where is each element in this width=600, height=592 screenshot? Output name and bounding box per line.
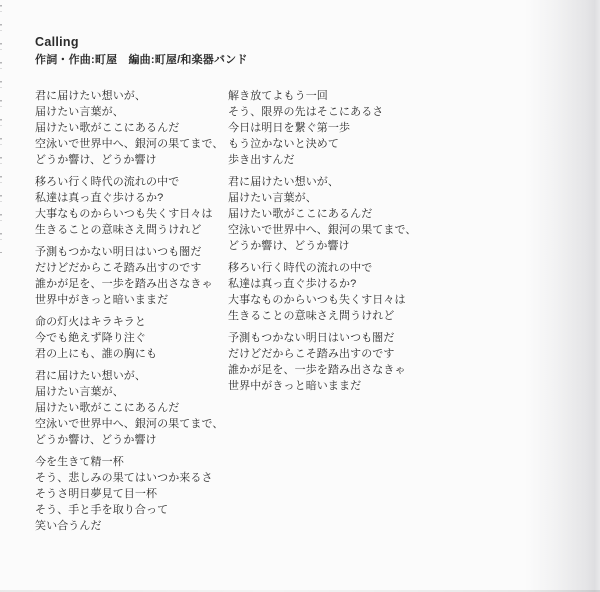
lyric-line: 誰かが足を、一歩を踏み出さなきゃ [228, 362, 423, 378]
lyric-line: 笑い合うんだ [35, 518, 230, 534]
lyric-line: 君の上にも、誰の胸にも [35, 346, 230, 362]
lyric-line: 届けたい言葉が、 [228, 190, 423, 206]
lyric-line: 誰かが足を、一歩を踏み出さなきゃ [35, 276, 230, 292]
lyric-line: どうか響け、どうか響け [228, 238, 423, 254]
lyric-line: 届けたい歌がここにあるんだ [35, 120, 230, 136]
lyric-line: そうさ明日夢見て目一杯 [35, 486, 230, 502]
lyric-line: 移ろい行く時代の流れの中で [228, 260, 423, 276]
lyric-line: そう、悲しみの果てはいつか来るさ [35, 470, 230, 486]
credits-line: 作詞・作曲:町屋 編曲:町屋/和楽器バンド [35, 51, 248, 67]
lyric-line: どうか響け、どうか響け [35, 152, 230, 168]
lyric-line: もう泣かないと決めて [228, 136, 423, 152]
lyric-line: 世界中がきっと暗いままだ [228, 378, 423, 394]
lyric-line: 予測もつかない明日はいつも闇だ [35, 244, 230, 260]
page-edge-marks [0, 5, 2, 253]
stanza: 移ろい行く時代の流れの中で私達は真っ直ぐ歩けるか?大事なものからいつも失くす日々… [228, 260, 423, 324]
lyric-line: 君に届けたい想いが、 [228, 174, 423, 190]
stanza: 解き放てよもう一回そう、限界の先はそこにあるさ今日は明日を繋ぐ第一歩もう泣かない… [228, 88, 423, 168]
lyric-line: 届けたい言葉が、 [35, 384, 230, 400]
stanza: 君に届けたい想いが、届けたい言葉が、届けたい歌がここにあるんだ空泳いで世界中へ、… [228, 174, 423, 254]
lyric-line: 大事なものからいつも失くす日々は [228, 292, 423, 308]
lyrics-column-right: 解き放てよもう一回そう、限界の先はそこにあるさ今日は明日を繋ぐ第一歩もう泣かない… [228, 88, 423, 400]
lyric-line: 解き放てよもう一回 [228, 88, 423, 104]
lyric-line: 届けたい歌がここにあるんだ [228, 206, 423, 222]
lyric-line: 今日は明日を繋ぐ第一歩 [228, 120, 423, 136]
lyric-line: 命の灯火はキラキラと [35, 314, 230, 330]
lyric-line: 世界中がきっと暗いままだ [35, 292, 230, 308]
lyric-line: だけどだからこそ踏み出すのです [35, 260, 230, 276]
lyric-line: そう、限界の先はそこにあるさ [228, 104, 423, 120]
stanza: 移ろい行く時代の流れの中で私達は真っ直ぐ歩けるか?大事なものからいつも失くす日々… [35, 174, 230, 238]
stanza: 命の灯火はキラキラと今でも絶えず降り注ぐ君の上にも、誰の胸にも [35, 314, 230, 362]
lyric-line: だけどだからこそ踏み出すのです [228, 346, 423, 362]
lyric-line: 移ろい行く時代の流れの中で [35, 174, 230, 190]
lyric-line: 今を生きて精一杯 [35, 454, 230, 470]
stanza: 君に届けたい想いが、届けたい言葉が、届けたい歌がここにあるんだ空泳いで世界中へ、… [35, 88, 230, 168]
stanza: 予測もつかない明日はいつも闇だだけどだからこそ踏み出すのです誰かが足を、一歩を踏… [228, 330, 423, 394]
lyric-line: 空泳いで世界中へ、銀河の果てまで、 [35, 416, 230, 432]
lyric-line: 歩き出すんだ [228, 152, 423, 168]
lyric-line: どうか響け、どうか響け [35, 432, 230, 448]
page-title: Calling [35, 35, 79, 49]
page-curl-shadow [525, 0, 600, 592]
lyrics-column-left: 君に届けたい想いが、届けたい言葉が、届けたい歌がここにあるんだ空泳いで世界中へ、… [35, 88, 230, 540]
scanned-page: Calling 作詞・作曲:町屋 編曲:町屋/和楽器バンド 君に届けたい想いが、… [0, 0, 600, 592]
lyric-line: 生きることの意味さえ問うけれど [35, 222, 230, 238]
lyric-line: 私達は真っ直ぐ歩けるか? [35, 190, 230, 206]
lyric-line: 予測もつかない明日はいつも闇だ [228, 330, 423, 346]
lyric-line: 空泳いで世界中へ、銀河の果てまで、 [35, 136, 230, 152]
stanza: 君に届けたい想いが、届けたい言葉が、届けたい歌がここにあるんだ空泳いで世界中へ、… [35, 368, 230, 448]
lyric-line: 大事なものからいつも失くす日々は [35, 206, 230, 222]
stanza: 今を生きて精一杯そう、悲しみの果てはいつか来るさそうさ明日夢見て目一杯そう、手と… [35, 454, 230, 534]
lyric-line: 今でも絶えず降り注ぐ [35, 330, 230, 346]
lyric-line: 届けたい歌がここにあるんだ [35, 400, 230, 416]
stanza: 予測もつかない明日はいつも闇だだけどだからこそ踏み出すのです誰かが足を、一歩を踏… [35, 244, 230, 308]
lyric-line: 届けたい言葉が、 [35, 104, 230, 120]
lyric-line: 空泳いで世界中へ、銀河の果てまで、 [228, 222, 423, 238]
lyric-line: 君に届けたい想いが、 [35, 368, 230, 384]
lyric-line: 君に届けたい想いが、 [35, 88, 230, 104]
lyric-line: 私達は真っ直ぐ歩けるか? [228, 276, 423, 292]
lyric-line: 生きることの意味さえ問うけれど [228, 308, 423, 324]
lyric-line: そう、手と手を取り合って [35, 502, 230, 518]
